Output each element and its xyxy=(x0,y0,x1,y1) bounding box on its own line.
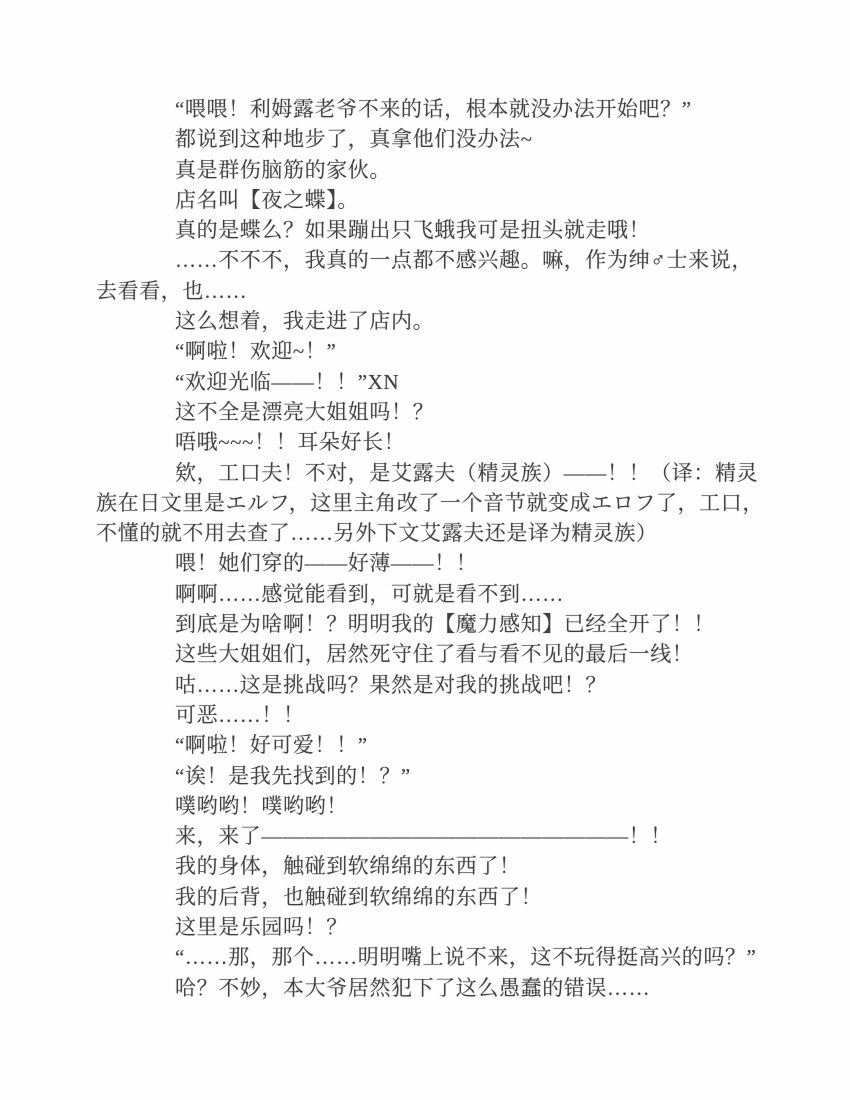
paragraph: 真的是蝶么？如果蹦出只飞蛾我可是扭头就走哦！ xyxy=(96,215,774,245)
paragraph: “欢迎光临——！！”XN xyxy=(96,367,774,397)
paragraph: 喂！她们穿的——好薄——！！ xyxy=(96,548,774,578)
scanned-novel-page: “喂喂！利姆露老爷不来的话，根本就没办法开始吧？”都说到这种地步了，真拿他们没办… xyxy=(0,0,850,1100)
paragraph: 这不全是漂亮大姐姐吗！？ xyxy=(96,397,774,427)
paragraph: 都说到这种地步了，真拿他们没办法~ xyxy=(96,124,774,154)
paragraph: 真是群伤脑筋的家伙。 xyxy=(96,155,774,185)
novel-text-block: “喂喂！利姆露老爷不来的话，根本就没办法开始吧？”都说到这种地步了，真拿他们没办… xyxy=(96,94,774,1003)
paragraph: 欸，工口夫！不对，是艾露夫（精灵族）——！！（译：精灵族在日文里是エルフ，这里主… xyxy=(96,458,774,549)
paragraph: “啊啦！好可爱！！” xyxy=(96,730,774,760)
paragraph: 咕……这是挑战吗？果然是对我的挑战吧！？ xyxy=(96,670,774,700)
paragraph: 啊啊……感觉能看到，可就是看不到…… xyxy=(96,579,774,609)
paragraph: 这些大姐姐们，居然死守住了看与看不见的最后一线！ xyxy=(96,639,774,669)
paragraph: 哈？不妙，本大爷居然犯下了这么愚蠢的错误…… xyxy=(96,973,774,1003)
paragraph: “诶！是我先找到的！？” xyxy=(96,761,774,791)
paragraph: “喂喂！利姆露老爷不来的话，根本就没办法开始吧？” xyxy=(96,94,774,124)
paragraph: “……那，那个……明明嘴上说不来，这不玩得挺高兴的吗？” xyxy=(96,942,774,972)
paragraph: 到底是为啥啊！？明明我的【魔力感知】已经全开了！！ xyxy=(96,609,774,639)
paragraph: 噗哟哟！噗哟哟！ xyxy=(96,791,774,821)
paragraph: ……不不不，我真的一点都不感兴趣。嘛，作为绅♂士来说，去看看，也…… xyxy=(96,245,774,306)
paragraph: 我的后背，也触碰到软绵绵的东西了！ xyxy=(96,882,774,912)
paragraph: 我的身体，触碰到软绵绵的东西了！ xyxy=(96,851,774,881)
paragraph: 唔哦~~~！！耳朵好长！ xyxy=(96,427,774,457)
paragraph: 店名叫【夜之蝶】。 xyxy=(96,185,774,215)
paragraph: 这么想着，我走进了店内。 xyxy=(96,306,774,336)
paragraph: 可恶……！！ xyxy=(96,700,774,730)
paragraph: 这里是乐园吗！？ xyxy=(96,912,774,942)
paragraph: “啊啦！欢迎~！” xyxy=(96,336,774,366)
paragraph: 来，来了—————————————————！！ xyxy=(96,821,774,851)
